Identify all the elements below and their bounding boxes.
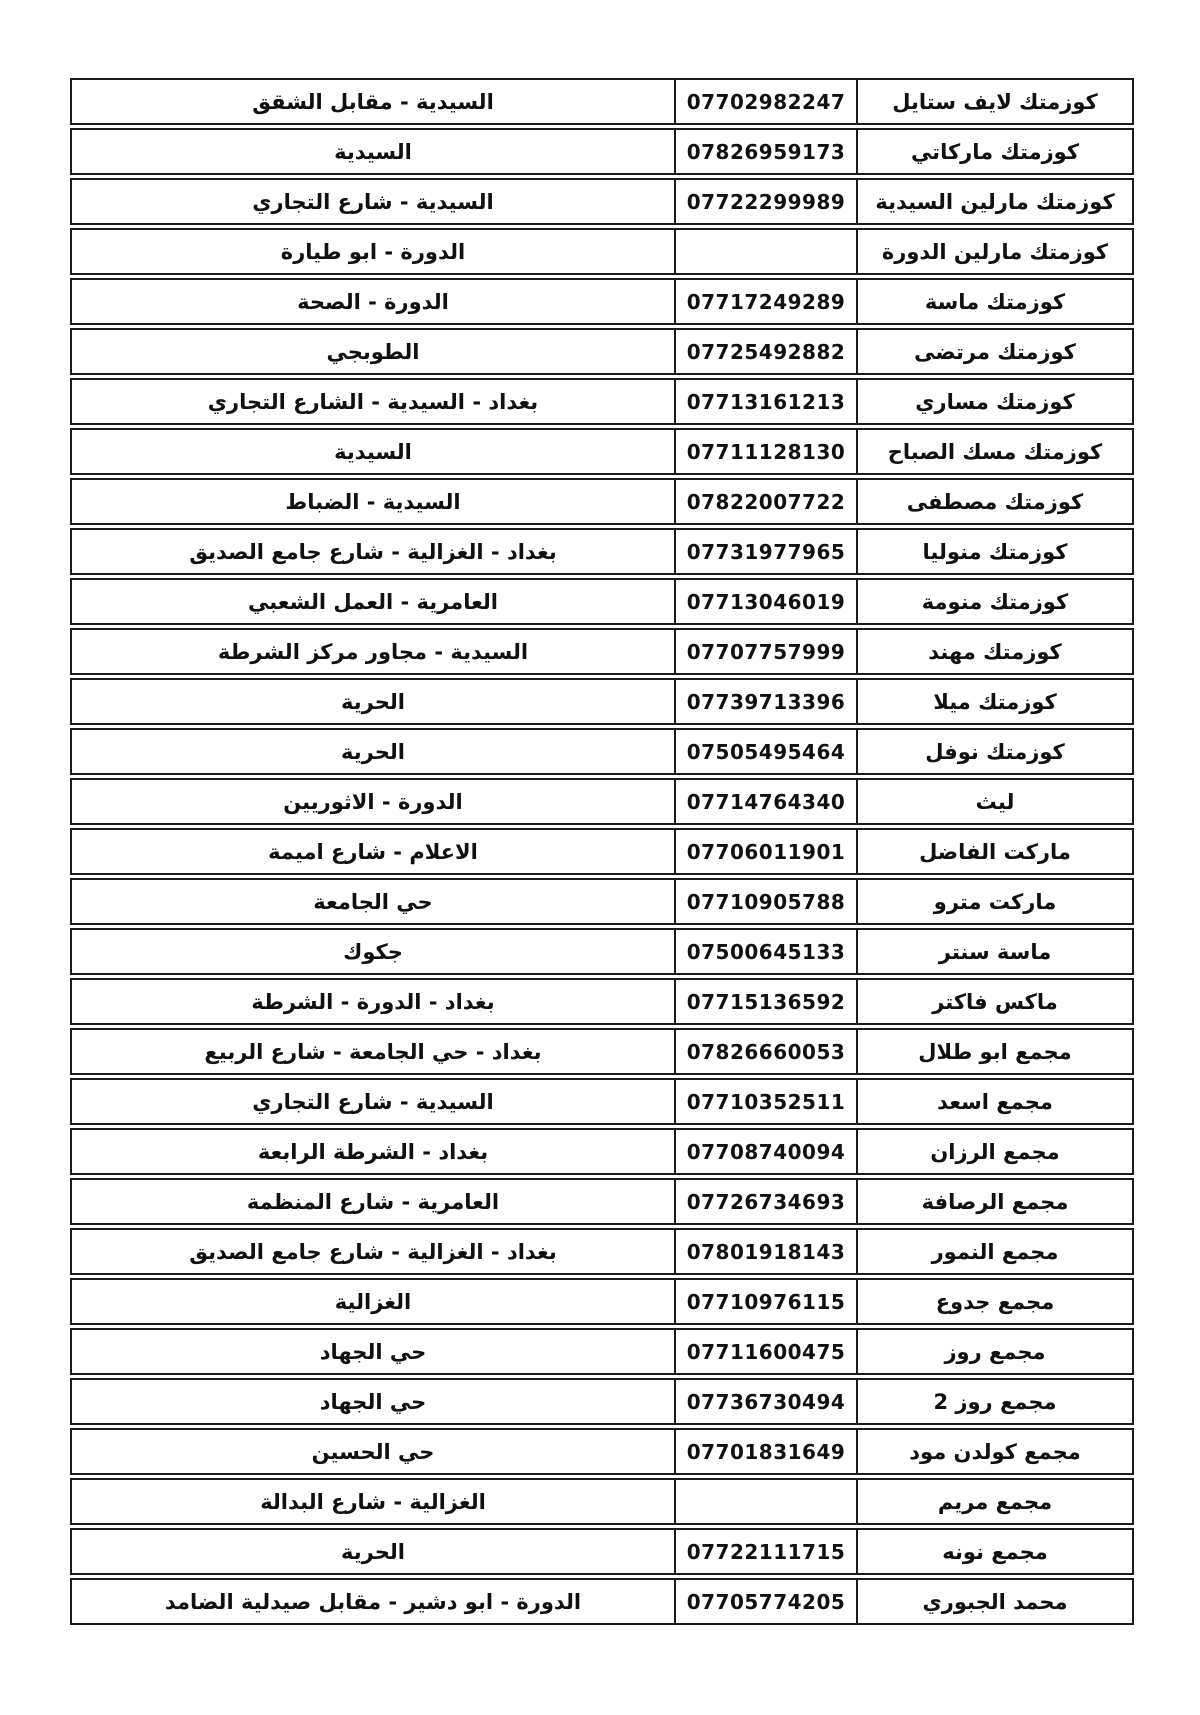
- phone-cell: 07505495464: [674, 728, 856, 775]
- name-cell: كوزمتك ميلا: [856, 678, 1134, 725]
- table-row: مجمع الرصافة07726734693العامرية - شارع ا…: [70, 1178, 1134, 1225]
- name-cell: كوزمتك مصطفى: [856, 478, 1134, 525]
- name-cell: كوزمتك مهند: [856, 628, 1134, 675]
- address-cell: الحرية: [70, 1528, 674, 1575]
- address-cell: السيدية - مجاور مركز الشرطة: [70, 628, 674, 675]
- table-row: مجمع ابو طلال07826660053بغداد - حي الجام…: [70, 1028, 1134, 1075]
- table-row: كوزمتك ماسة07717249289الدورة - الصحة: [70, 278, 1134, 325]
- address-cell: السيدية - شارع التجاري: [70, 178, 674, 225]
- name-cell: كوزمتك منومة: [856, 578, 1134, 625]
- table-row: مجمع روز 207736730494حي الجهاد: [70, 1378, 1134, 1425]
- phone-cell: 07713046019: [674, 578, 856, 625]
- name-cell: مجمع روز 2: [856, 1378, 1134, 1425]
- address-cell: الدورة - الاثوريين: [70, 778, 674, 825]
- phone-cell: 07801918143: [674, 1228, 856, 1275]
- name-cell: كوزمتك ماركاتي: [856, 128, 1134, 175]
- address-cell: بغداد - حي الجامعة - شارع الربيع: [70, 1028, 674, 1075]
- phone-cell: 07717249289: [674, 278, 856, 325]
- phone-cell: 07725492882: [674, 328, 856, 375]
- phone-cell: 07707757999: [674, 628, 856, 675]
- phone-cell: 07710976115: [674, 1278, 856, 1325]
- address-cell: الطوبجي: [70, 328, 674, 375]
- table-row: كوزمتك ميلا07739713396الحرية: [70, 678, 1134, 725]
- phone-cell: 07722111715: [674, 1528, 856, 1575]
- table-row: محمد الجبوري07705774205الدورة - ابو دشير…: [70, 1578, 1134, 1625]
- name-cell: كوزمتك مساري: [856, 378, 1134, 425]
- name-cell: ماكس فاكتر: [856, 978, 1134, 1025]
- table-row: مجمع الرزان07708740094بغداد - الشرطة الر…: [70, 1128, 1134, 1175]
- address-cell: الغزالية - شارع البدالة: [70, 1478, 674, 1525]
- table-row: كوزمتك منوليا07731977965بغداد - الغزالية…: [70, 528, 1134, 575]
- name-cell: كوزمتك مارلين السيدية: [856, 178, 1134, 225]
- address-cell: بغداد - السيدية - الشارع التجاري: [70, 378, 674, 425]
- table-row: كوزمتك مرتضى07725492882الطوبجي: [70, 328, 1134, 375]
- address-cell: الاعلام - شارع اميمة: [70, 828, 674, 875]
- table-row: كوزمتك مسك الصباح07711128130السيدية: [70, 428, 1134, 475]
- table-row: كوزمتك مارلين الدورةالدورة - ابو طيارة: [70, 228, 1134, 275]
- address-cell: بغداد - الغزالية - شارع جامع الصديق: [70, 1228, 674, 1275]
- name-cell: مجمع الرزان: [856, 1128, 1134, 1175]
- phone-cell: 07701831649: [674, 1428, 856, 1475]
- address-cell: السيدية - شارع التجاري: [70, 1078, 674, 1125]
- address-cell: الحرية: [70, 678, 674, 725]
- table-row: كوزمتك منومة07713046019العامرية - العمل …: [70, 578, 1134, 625]
- phone-cell: [674, 228, 856, 275]
- address-cell: حي الجامعة: [70, 878, 674, 925]
- table-row: ماركت مترو07710905788حي الجامعة: [70, 878, 1134, 925]
- table-row: ماسة سنتر07500645133جكوك: [70, 928, 1134, 975]
- business-directory-table: كوزمتك لايف ستايل07702982247السيدية - مق…: [70, 75, 1134, 1628]
- phone-cell: 07739713396: [674, 678, 856, 725]
- table-row: مجمع كولدن مود07701831649حي الحسين: [70, 1428, 1134, 1475]
- phone-cell: 07705774205: [674, 1578, 856, 1625]
- name-cell: مجمع نونه: [856, 1528, 1134, 1575]
- document-page: كوزمتك لايف ستايل07702982247السيدية - مق…: [0, 0, 1200, 1715]
- address-cell: الدورة - الصحة: [70, 278, 674, 325]
- phone-cell: 07715136592: [674, 978, 856, 1025]
- phone-cell: 07826660053: [674, 1028, 856, 1075]
- phone-cell: 07713161213: [674, 378, 856, 425]
- table-row: مجمع جدوع07710976115الغزالية: [70, 1278, 1134, 1325]
- name-cell: كوزمتك مرتضى: [856, 328, 1134, 375]
- name-cell: ماركت الفاضل: [856, 828, 1134, 875]
- name-cell: كوزمتك نوفل: [856, 728, 1134, 775]
- phone-cell: 07711128130: [674, 428, 856, 475]
- address-cell: الدورة - ابو طيارة: [70, 228, 674, 275]
- address-cell: بغداد - الشرطة الرابعة: [70, 1128, 674, 1175]
- table-row: مجمع نونه07722111715الحرية: [70, 1528, 1134, 1575]
- name-cell: مجمع جدوع: [856, 1278, 1134, 1325]
- address-cell: حي الجهاد: [70, 1328, 674, 1375]
- table-row: ماكس فاكتر07715136592بغداد - الدورة - ال…: [70, 978, 1134, 1025]
- name-cell: كوزمتك لايف ستايل: [856, 78, 1134, 125]
- name-cell: كوزمتك مارلين الدورة: [856, 228, 1134, 275]
- phone-cell: [674, 1478, 856, 1525]
- table-row: كوزمتك لايف ستايل07702982247السيدية - مق…: [70, 78, 1134, 125]
- name-cell: ماسة سنتر: [856, 928, 1134, 975]
- address-cell: بغداد - الدورة - الشرطة: [70, 978, 674, 1025]
- table-body: كوزمتك لايف ستايل07702982247السيدية - مق…: [70, 78, 1134, 1625]
- address-cell: السيدية: [70, 128, 674, 175]
- table-row: كوزمتك مساري07713161213بغداد - السيدية -…: [70, 378, 1134, 425]
- address-cell: الغزالية: [70, 1278, 674, 1325]
- phone-cell: 07822007722: [674, 478, 856, 525]
- table-row: كوزمتك مارلين السيدية07722299989السيدية …: [70, 178, 1134, 225]
- table-row: ليث07714764340الدورة - الاثوريين: [70, 778, 1134, 825]
- table-row: كوزمتك مصطفى07822007722السيدية - الضباط: [70, 478, 1134, 525]
- table-row: ماركت الفاضل07706011901الاعلام - شارع ام…: [70, 828, 1134, 875]
- address-cell: حي الجهاد: [70, 1378, 674, 1425]
- name-cell: مجمع النمور: [856, 1228, 1134, 1275]
- table-row: كوزمتك ماركاتي07826959173السيدية: [70, 128, 1134, 175]
- name-cell: مجمع روز: [856, 1328, 1134, 1375]
- name-cell: محمد الجبوري: [856, 1578, 1134, 1625]
- name-cell: مجمع ابو طلال: [856, 1028, 1134, 1075]
- name-cell: ليث: [856, 778, 1134, 825]
- phone-cell: 07731977965: [674, 528, 856, 575]
- address-cell: حي الحسين: [70, 1428, 674, 1475]
- name-cell: ماركت مترو: [856, 878, 1134, 925]
- phone-cell: 07711600475: [674, 1328, 856, 1375]
- phone-cell: 07722299989: [674, 178, 856, 225]
- name-cell: مجمع مريم: [856, 1478, 1134, 1525]
- address-cell: جكوك: [70, 928, 674, 975]
- address-cell: العامرية - العمل الشعبي: [70, 578, 674, 625]
- name-cell: مجمع الرصافة: [856, 1178, 1134, 1225]
- address-cell: الدورة - ابو دشير - مقابل صيدلية الضامد: [70, 1578, 674, 1625]
- phone-cell: 07736730494: [674, 1378, 856, 1425]
- phone-cell: 07726734693: [674, 1178, 856, 1225]
- name-cell: مجمع اسعد: [856, 1078, 1134, 1125]
- table-row: مجمع روز07711600475حي الجهاد: [70, 1328, 1134, 1375]
- name-cell: كوزمتك ماسة: [856, 278, 1134, 325]
- table-row: مجمع مريمالغزالية - شارع البدالة: [70, 1478, 1134, 1525]
- phone-cell: 07702982247: [674, 78, 856, 125]
- table-row: كوزمتك مهند07707757999السيدية - مجاور مر…: [70, 628, 1134, 675]
- address-cell: بغداد - الغزالية - شارع جامع الصديق: [70, 528, 674, 575]
- name-cell: مجمع كولدن مود: [856, 1428, 1134, 1475]
- phone-cell: 07706011901: [674, 828, 856, 875]
- address-cell: السيدية - الضباط: [70, 478, 674, 525]
- name-cell: كوزمتك منوليا: [856, 528, 1134, 575]
- address-cell: العامرية - شارع المنظمة: [70, 1178, 674, 1225]
- address-cell: السيدية: [70, 428, 674, 475]
- phone-cell: 07710352511: [674, 1078, 856, 1125]
- table-row: مجمع اسعد07710352511السيدية - شارع التجا…: [70, 1078, 1134, 1125]
- phone-cell: 07710905788: [674, 878, 856, 925]
- address-cell: السيدية - مقابل الشقق: [70, 78, 674, 125]
- phone-cell: 07714764340: [674, 778, 856, 825]
- table-row: مجمع النمور07801918143بغداد - الغزالية -…: [70, 1228, 1134, 1275]
- phone-cell: 07826959173: [674, 128, 856, 175]
- table-row: كوزمتك نوفل07505495464الحرية: [70, 728, 1134, 775]
- phone-cell: 07708740094: [674, 1128, 856, 1175]
- phone-cell: 07500645133: [674, 928, 856, 975]
- name-cell: كوزمتك مسك الصباح: [856, 428, 1134, 475]
- address-cell: الحرية: [70, 728, 674, 775]
